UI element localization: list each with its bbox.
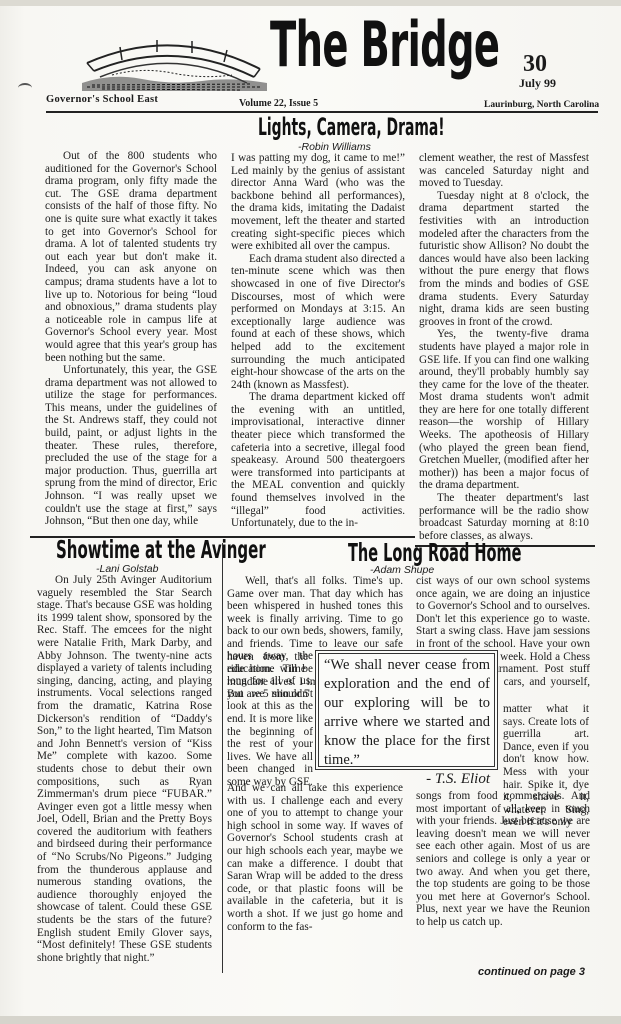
newspaper-title: The Bridge bbox=[270, 14, 394, 76]
headline-showtime: Showtime at the Avinger bbox=[56, 537, 266, 562]
pull-quote-inner: “We shall never cease from exploration a… bbox=[318, 653, 495, 767]
drama-column-2: I was patting my dog, it came to me!” Le… bbox=[231, 152, 405, 530]
paragraph: Yes, the twenty-five drama students have… bbox=[419, 328, 589, 492]
paragraph: Each drama student also directed a ten-m… bbox=[231, 253, 405, 392]
issue-date: July 99 bbox=[519, 76, 556, 91]
paragraph: songs from food commercials. And most im… bbox=[416, 790, 590, 929]
paragraph: On July 25th Avinger Auditorium vaguely … bbox=[37, 574, 212, 964]
location: Laurinburg, North Carolina bbox=[484, 100, 599, 110]
showtime-body: On July 25th Avinger Auditorium vaguely … bbox=[37, 574, 212, 964]
paragraph: Unfortunately, this year, the GSE drama … bbox=[45, 364, 217, 528]
long-road-column-1-narrow: hours away, the ride home will be long f… bbox=[227, 650, 313, 789]
drama-column-3: clement weather, the rest of Massfest wa… bbox=[419, 152, 589, 542]
drama-column-1: Out of the 800 students who auditioned f… bbox=[45, 150, 217, 528]
volume-issue: Volume 22, Issue 5 bbox=[239, 98, 318, 109]
issue-day: 30 bbox=[523, 52, 547, 76]
school-name: Governor's School East bbox=[46, 94, 158, 105]
paragraph: Tuesday night at 8 o'clock, the drama de… bbox=[419, 190, 589, 329]
continued-note: continued on page 3 bbox=[478, 966, 585, 978]
paragraph: Out of the 800 students who auditioned f… bbox=[45, 150, 217, 364]
paragraph: And we can all take this experience with… bbox=[227, 782, 403, 933]
paragraph: The drama department kicked off the even… bbox=[231, 391, 405, 530]
long-road-column-1-bottom: And we can all take this experience with… bbox=[227, 782, 403, 933]
scan-edge-top bbox=[0, 0, 621, 6]
long-road-column-2-bottom: songs from food commercials. And most im… bbox=[416, 790, 590, 929]
scan-edge-bottom bbox=[0, 1016, 621, 1024]
newspaper-page: The Bridge 30 July 99 Governor's School … bbox=[0, 0, 621, 1024]
column-divider bbox=[222, 543, 223, 973]
bridge-illustration-icon bbox=[82, 33, 267, 93]
pull-quote-attribution: - T.S. Eliot bbox=[324, 770, 490, 789]
paragraph: I was patting my dog, it came to me!” Le… bbox=[231, 152, 405, 253]
paragraph: clement weather, the rest of Massfest wa… bbox=[419, 152, 589, 190]
paragraph: The theater department's last performanc… bbox=[419, 492, 589, 542]
pull-quote-text: “We shall never cease from exploration a… bbox=[324, 656, 490, 770]
paragraph: hours away, the ride home will be long f… bbox=[227, 650, 313, 789]
headline-drama: Lights, Camera, Drama! bbox=[258, 115, 445, 139]
pull-quote-box: “We shall never cease from exploration a… bbox=[315, 650, 498, 770]
punch-hole-mark bbox=[18, 83, 32, 93]
headline-long-road: The Long Road Home bbox=[348, 540, 521, 565]
